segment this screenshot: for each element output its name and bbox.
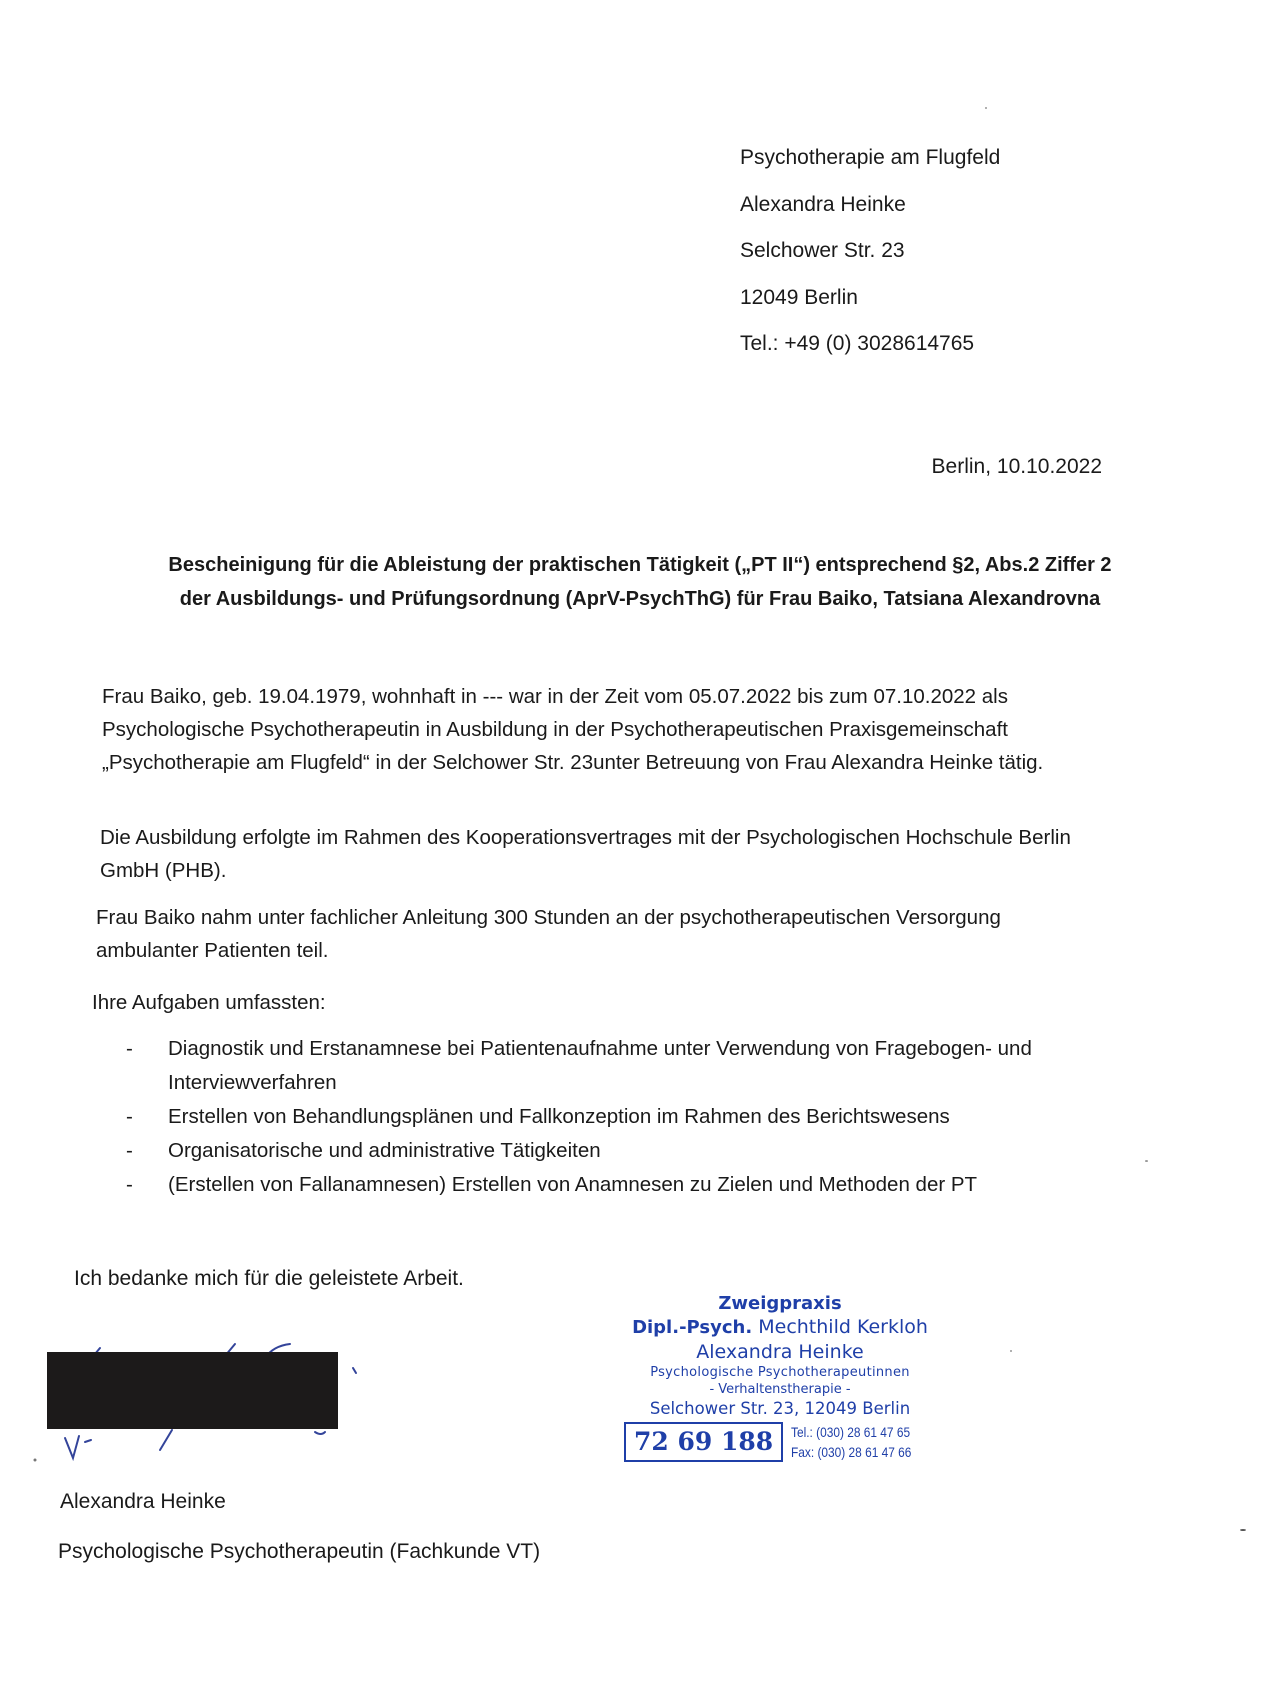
subject-heading: Bescheinigung für die Ableistung der pra… <box>90 548 1190 616</box>
stamp-contact: Tel.: (030) 28 61 47 65 Fax: (030) 28 61… <box>791 1422 911 1462</box>
stamp-line-doctor: Dipl.-Psych. Mechthild Kerkloh <box>620 1315 940 1340</box>
signatory-name: Alexandra Heinke <box>60 1490 226 1514</box>
tasks-list: - Diagnostik und Erstanamnese bei Patien… <box>120 1032 1120 1202</box>
task-item: - Erstellen von Behandlungsplänen und Fa… <box>120 1100 1120 1134</box>
task-text: Organisatorische und administrative Täti… <box>168 1139 601 1162</box>
date-line: Berlin, 10.10.2022 <box>932 455 1102 479</box>
letterhead: Psychotherapie am Flugfeld Alexandra Hei… <box>740 135 1000 368</box>
task-text: (Erstellen von Fallanamnesen) Erstellen … <box>168 1173 977 1196</box>
stamp-line-name: Alexandra Heinke <box>620 1340 940 1364</box>
stamp-doctor-name: Mechthild Kerkloh <box>758 1316 928 1338</box>
stamp-bottom-row: 72 69 188 Tel.: (030) 28 61 47 65 Fax: (… <box>620 1422 940 1462</box>
paragraph-hours: Frau Baiko nahm unter fachlicher Anleitu… <box>96 901 1106 967</box>
task-text: Erstellen von Behandlungsplänen und Fall… <box>168 1105 950 1128</box>
task-item: - Diagnostik und Erstanamnese bei Patien… <box>120 1032 1120 1100</box>
stamp-code-box: 72 69 188 <box>624 1422 783 1462</box>
redaction-box <box>47 1352 338 1429</box>
practice-stamp: Zweigpraxis Dipl.-Psych. Mechthild Kerkl… <box>620 1293 940 1462</box>
task-text: Diagnostik und Erstanamnese bei Patiente… <box>168 1037 1032 1094</box>
subject-line-1: Bescheinigung für die Ableistung der pra… <box>90 548 1190 582</box>
scan-speck-icon <box>1145 1160 1148 1162</box>
stamp-tel: Tel.: (030) 28 61 47 65 <box>791 1422 911 1442</box>
paragraph-employment: Frau Baiko, geb. 19.04.1979, wohnhaft in… <box>102 680 1102 779</box>
signatory-role: Psychologische Psychotherapeutin (Fachku… <box>58 1540 540 1564</box>
sender-street: Selchower Str. 23 <box>740 228 1000 275</box>
practice-name: Psychotherapie am Flugfeld <box>740 135 1000 182</box>
bullet-dash: - <box>126 1134 133 1168</box>
closing-line: Ich bedanke mich für die geleistete Arbe… <box>74 1267 464 1291</box>
subject-line-2: der Ausbildungs- und Prüfungsordnung (Ap… <box>90 582 1190 616</box>
sender-phone: Tel.: +49 (0) 3028614765 <box>740 321 1000 368</box>
tasks-heading: Ihre Aufgaben umfassten: <box>92 986 326 1019</box>
stamp-title: Dipl.-Psych. <box>632 1317 752 1338</box>
scan-speck-icon <box>1240 1529 1246 1531</box>
task-item: - (Erstellen von Fallanamnesen) Erstelle… <box>120 1168 1120 1202</box>
stamp-line-method: - Verhaltenstherapie - <box>620 1382 940 1398</box>
scan-speck-icon <box>1010 1350 1012 1352</box>
scan-speck-icon <box>985 107 987 109</box>
stamp-line-branch: Zweigpraxis <box>620 1293 940 1315</box>
bullet-dash: - <box>126 1032 133 1066</box>
paragraph-cooperation: Die Ausbildung erfolgte im Rahmen des Ko… <box>100 821 1100 887</box>
bullet-dash: - <box>126 1100 133 1134</box>
task-item: - Organisatorische und administrative Tä… <box>120 1134 1120 1168</box>
stamp-line-address: Selchower Str. 23, 12049 Berlin <box>620 1398 940 1420</box>
sender-city: 12049 Berlin <box>740 275 1000 322</box>
stamp-line-profession: Psychologische Psychotherapeutinnen <box>620 1364 940 1382</box>
stamp-fax: Fax: (030) 28 61 47 66 <box>791 1442 911 1462</box>
sender-name: Alexandra Heinke <box>740 182 1000 229</box>
bullet-dash: - <box>126 1168 133 1202</box>
